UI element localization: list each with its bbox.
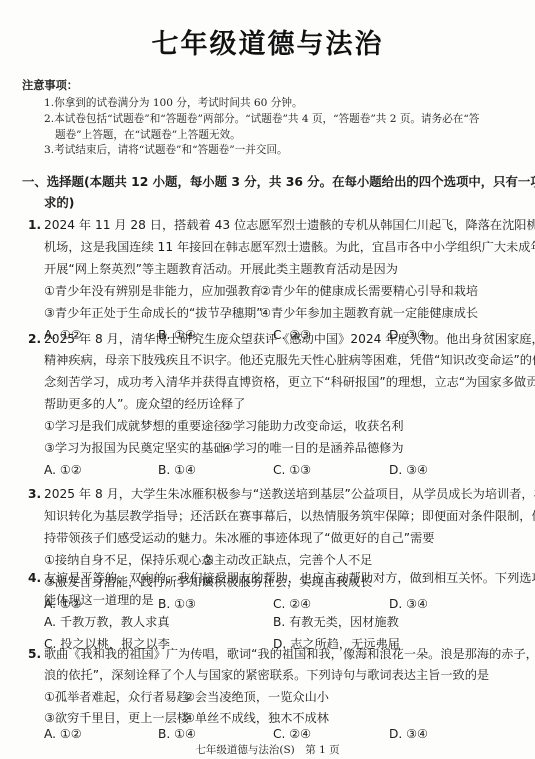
q5-option-c[interactable]: C. ②④ [273,726,311,742]
q2-statement: ④学习的唯一目的是涵养品德修为 [222,440,404,456]
q2-stem-line: 念刻苦学习，成功考入清华并获得直博资格，更立下“科研报国”的理想，立志“为国家多… [44,374,535,390]
q1-statement: ②青少年的健康成长需要精心引导和栽培 [260,283,478,299]
q5-statement: ③欲穷千里目，更上一层楼 [44,710,189,726]
section-heading-cont: 求的) [44,195,74,211]
q3-number: 3. [28,486,41,502]
q5-option-b[interactable]: B. ①④ [158,726,196,742]
q2-statement: ①学习是我们成就梦想的重要途径 [44,418,226,434]
q2-number: 2. [28,331,41,347]
page-footer: 七年级道德与法治(S) 第 1 页 [0,742,535,757]
q3-stem-line: 知识转化为基层教学指导；还活跃在赛事幕后，以热情服务筑牢保障；即便面对条件限制，… [44,508,535,524]
notice-item-2: 2.本试卷包括“试题卷”和“答题卷”两部分。“试题卷”共 4 页，“答题卷”共 … [44,111,479,127]
notice-item-3: 3.考试结束后，请将“试题卷”和“答题卷”一并交回。 [44,142,288,158]
q1-statement: ④青少年参加主题教育就一定能健康成长 [260,305,478,321]
q4-option-a[interactable]: A. 千教万教，教人求真 [44,614,170,630]
q2-stem-line: 精神疾病，母亲下肢残疾且不识字。他还克服先天性心脏病等困难，凭借“知识改变命运”… [44,352,535,368]
exam-title: 七年级道德与法治 [0,22,535,61]
q3-stem-line: 持带领孩子们感受运动的魅力。朱冰雁的事迹体现了“做更好的自己”需要 [44,530,434,546]
q2-option-a[interactable]: A. ①② [44,462,82,478]
q4-stem-line: 能体现这一道理的是 [44,592,154,608]
notice-heading: 注意事项： [22,78,78,94]
q4-stem-line: 友谊是平等的、双向的，我们接受朋友的帮助，也应主动帮助对方，做到相互关怀。下列选… [44,570,535,586]
q3-statement: ①接纳自身不足，保持乐观心态 [44,552,213,568]
q5-statement: ②会当凌绝顶，一览众山小 [184,689,329,705]
q5-statement: ①孤举者难起，众行者易趋 [44,689,189,705]
q2-option-c[interactable]: C. ①③ [273,462,311,478]
q2-statement: ③学习为报国为民奠定坚实的基础 [44,440,226,456]
q5-stem-line: 歌曲《我和我的祖国》广为传唱，歌词“我的祖国和我，像海和浪花一朵。浪是那海的赤子… [44,646,535,662]
q5-option-a[interactable]: A. ①② [44,726,82,742]
exam-page: 七年级道德与法治 注意事项： 1.你拿到的试卷满分为 100 分，考试时间共 6… [0,0,535,759]
q2-stem-line: 2025 年 8 月，清华博士研究生庞众望获评《感动中国》2024 年度人物。他… [44,331,535,347]
q1-statement: ①青少年没有辨别是非能力，应加强教育 [44,283,262,299]
q2-option-d[interactable]: D. ③④ [389,462,428,478]
q1-stem-line: 机场，这是我国连续 11 年接回在韩志愿军烈士遗骸。为此，宜昌市各中小学组织广大… [44,239,535,255]
q1-stem-line: 开展“网上祭英烈”等主题教育活动。开展此类主题教育活动是因为 [44,261,398,277]
q3-option-d[interactable]: D. ③④ [389,596,428,612]
notice-item-2-cont: 题卷”上答题，在“试题卷”上答题无效。 [55,127,241,143]
q1-statement: ③青少年正处于生命成长的“拔节孕穗期” [44,305,263,321]
q3-option-b[interactable]: B. ①③ [158,596,196,612]
notice-item-1: 1.你拿到的试卷满分为 100 分，考试时间共 60 分钟。 [44,95,303,111]
q1-number: 1. [28,217,41,233]
q3-statement: ②主动改正缺点，完善个人不足 [203,552,372,568]
section-heading: 一、选择题(本题共 12 小题，每小题 3 分，共 36 分。在每小题给出的四个… [22,174,535,190]
q3-option-c[interactable]: C. ②④ [273,596,311,612]
q5-option-d[interactable]: D. ③④ [389,726,428,742]
q2-statement: ②学习能助力改变命运，收获名利 [222,418,404,434]
q5-number: 5. [28,646,41,662]
q5-stem-line: 浪的依托”，深刻诠释了个人与国家的紧密联系。下列诗句与歌词表达主旨一致的是 [44,667,489,683]
q4-number: 4. [28,570,41,586]
q5-statement: ④单丝不成线，独木不成林 [184,710,329,726]
q3-stem-line: 2025 年 8 月，大学生朱冰雁积极参与“送教送培到基层”公益项目，从学员成长… [44,486,535,502]
q1-stem-line: 2024 年 11 月 28 日，搭载着 43 位志愿军烈士遗骸的专机从韩国仁川… [44,217,535,233]
q2-option-b[interactable]: B. ①④ [158,462,196,478]
q4-option-b[interactable]: B. 有教无类，因材施教 [273,614,399,630]
q2-stem-line: 帮助更多的人”。庞众望的经历诠释了 [44,396,245,412]
